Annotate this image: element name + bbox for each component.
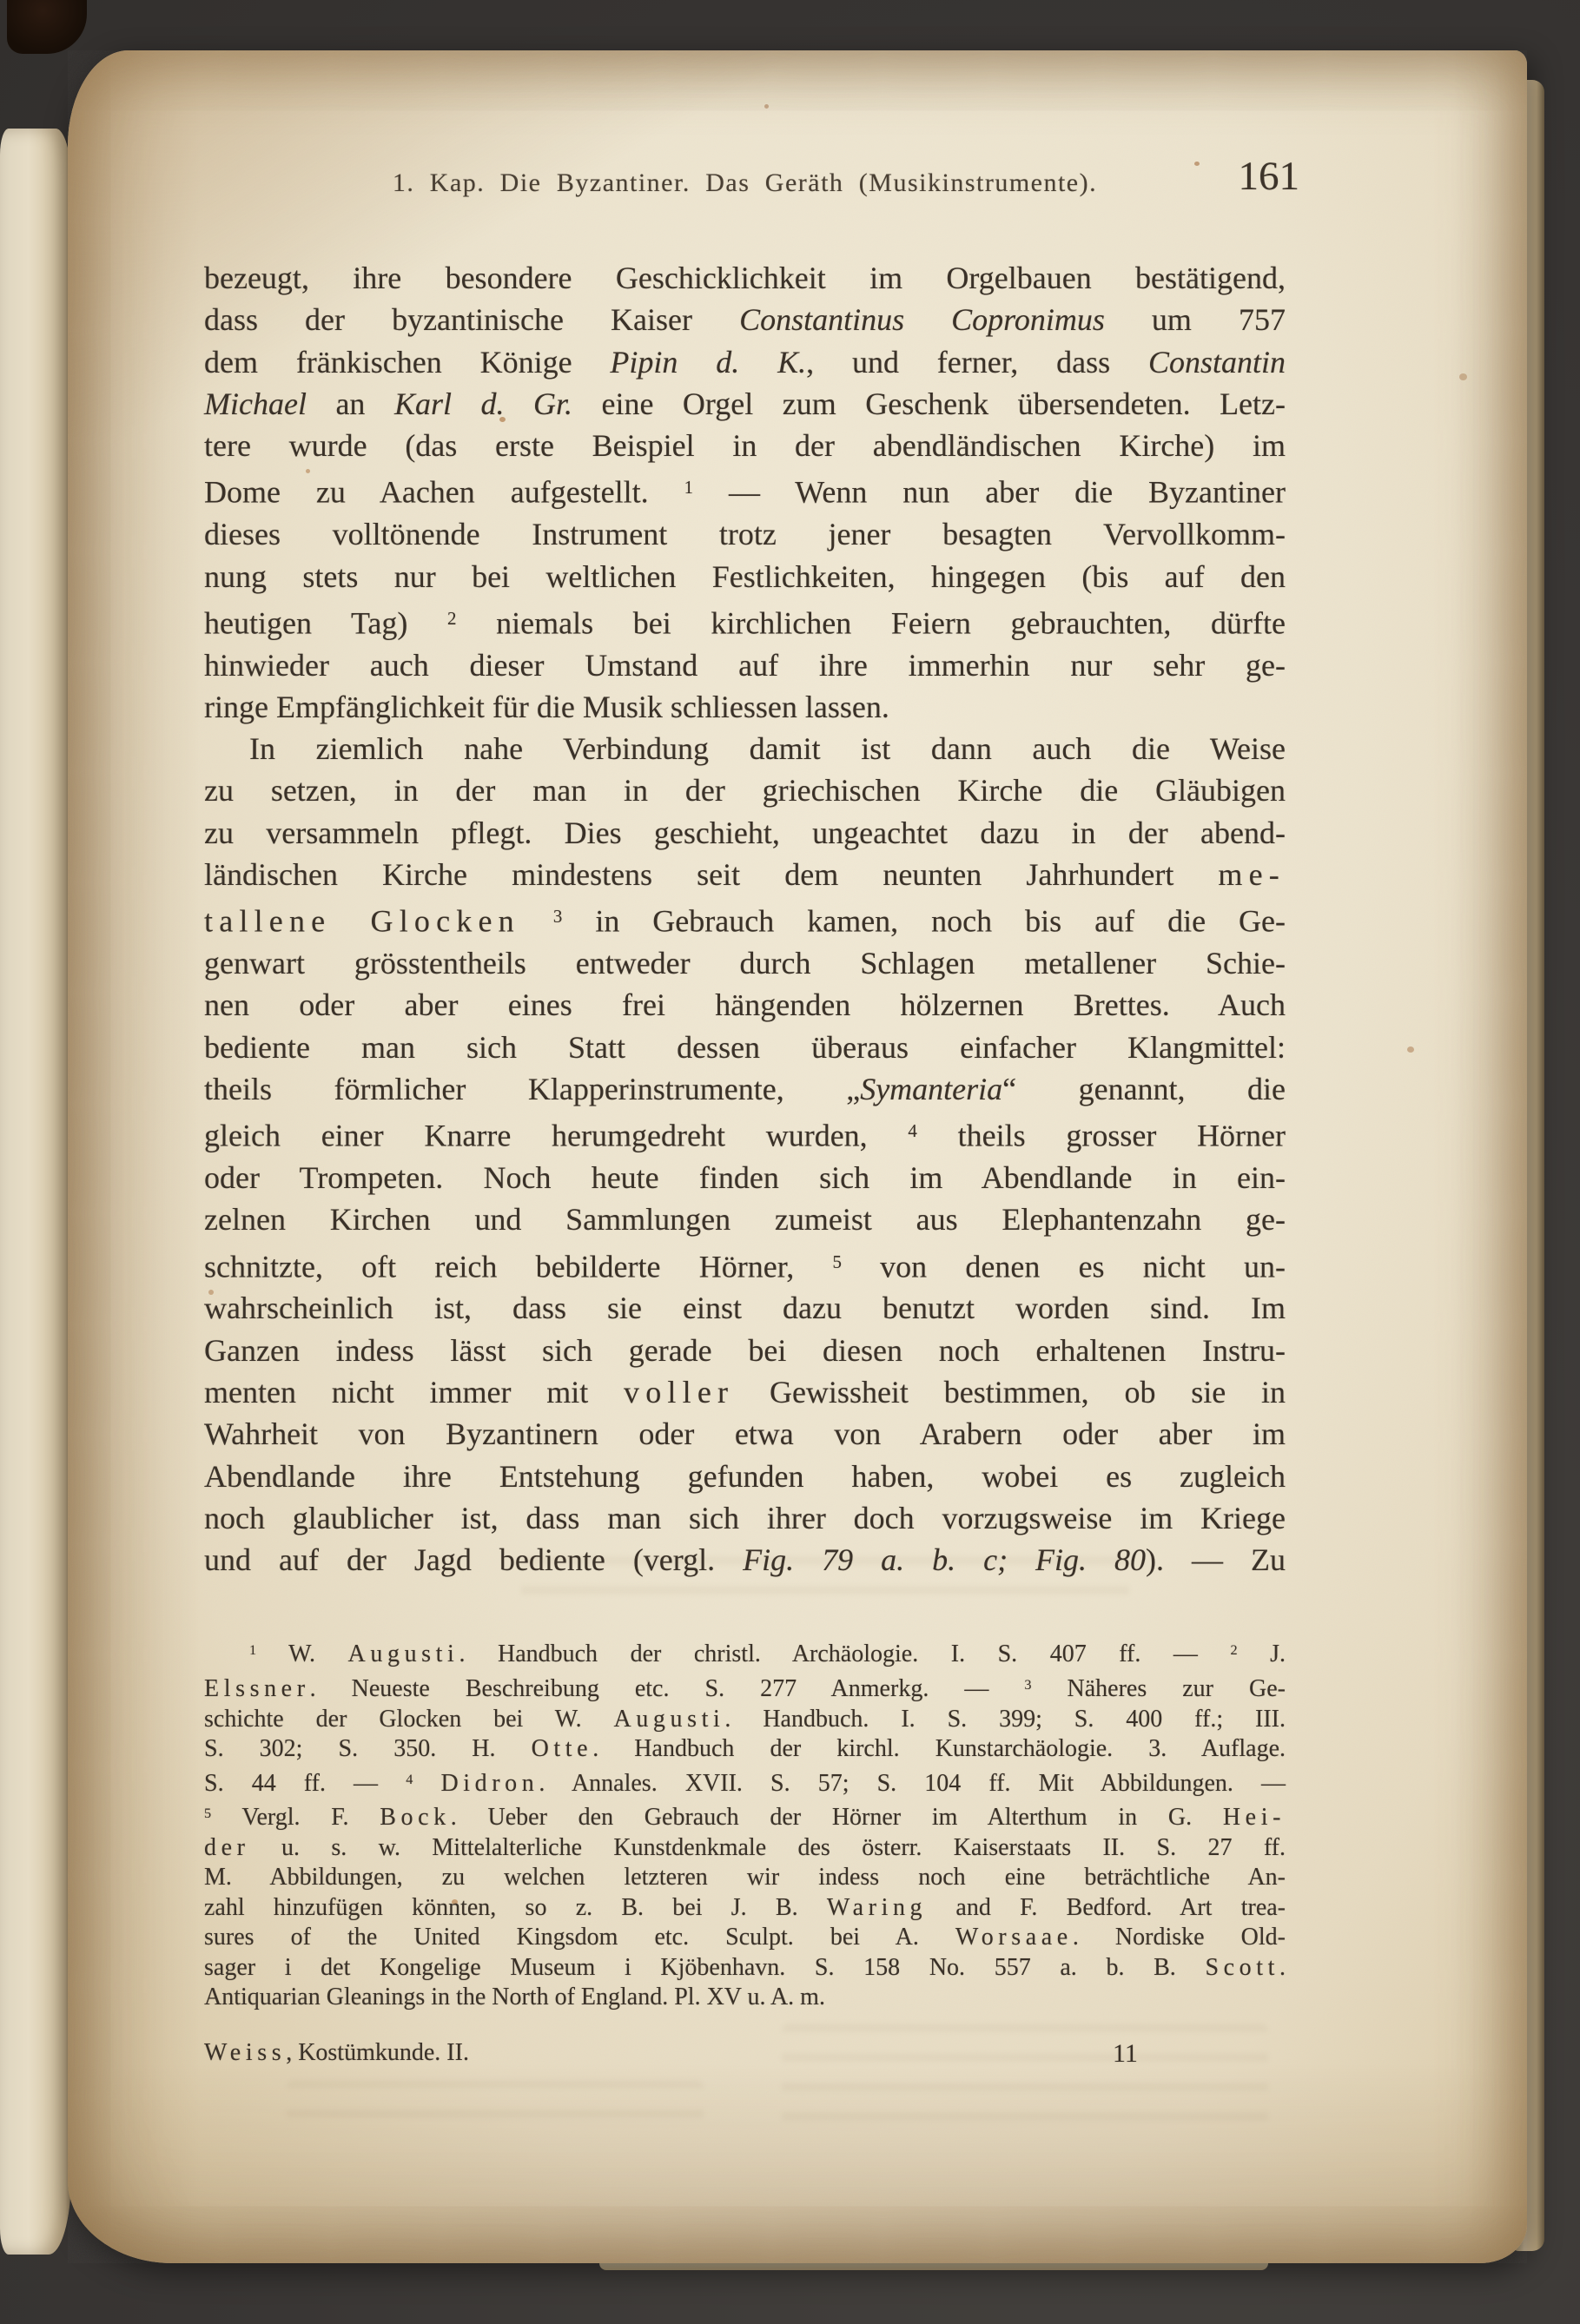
body-line: wahrscheinlich ist, dass sie einst dazu … — [204, 1287, 1286, 1329]
footnote-line: zahl hinzufügen könnten, so z. B. bei J.… — [204, 1893, 1286, 1924]
footnote-line: S. 44 ff. — 4 Didron. Annales. XVII. S. … — [204, 1765, 1286, 1799]
body-line: Wahrheit von Byzantinern oder etwa von A… — [204, 1413, 1286, 1455]
footnote-line: S. 302; S. 350. H. Otte. Handbuch der ki… — [204, 1734, 1286, 1765]
body-line: zu versammeln pflegt. Dies geschieht, un… — [204, 812, 1286, 854]
footnote-line: sures of the United Kingsdom etc. Sculpt… — [204, 1923, 1286, 1953]
footnote-line: M. Abbildungen, zu welchen letzteren wir… — [204, 1863, 1286, 1893]
footnote-line: Antiquarian Gleanings in the North of En… — [204, 1983, 1286, 2013]
body-line: hinwieder auch dieser Umstand auf ihre i… — [204, 644, 1286, 686]
body-line: noch glaublicher ist, dass man sich ihre… — [204, 1497, 1286, 1539]
body-line: nen oder aber eines frei hängenden hölze… — [204, 984, 1286, 1026]
footnote-line: Elssner. Neueste Beschreibung etc. S. 27… — [204, 1670, 1286, 1705]
footnote-line: 5 Vergl. F. Bock. Ueber den Gebrauch der… — [204, 1799, 1286, 1833]
body-line: Michael an Karl d. Gr. eine Orgel zum Ge… — [204, 383, 1286, 425]
body-line: dem fränkischen Könige Pipin d. K., und … — [204, 341, 1286, 383]
footnote-line: 1 W. Augusti. Handbuch der christl. Arch… — [204, 1635, 1286, 1670]
body-line: Dome zu Aachen aufgestellt. 1 — Wenn nun… — [204, 466, 1286, 513]
running-title: 1. Kap. Die Byzantiner. Das Geräth (Musi… — [204, 163, 1286, 203]
body-line: bediente man sich Statt dessen überaus e… — [204, 1027, 1286, 1068]
body-text: bezeugt, ihre besondere Geschicklichkeit… — [204, 257, 1286, 1581]
body-line: oder Trompeten. Noch heute finden sich i… — [204, 1157, 1286, 1198]
footnote-line: der u. s. w. Mittelalterliche Kunstdenkm… — [204, 1833, 1286, 1864]
body-line: tallene Glocken 3 in Gebrauch kamen, noc… — [204, 895, 1286, 942]
book-spine-shadow — [7, 0, 87, 54]
body-line: dass der byzantinische Kaiser Constantin… — [204, 299, 1286, 340]
body-line: zelnen Kirchen und Sammlungen zumeist au… — [204, 1198, 1286, 1240]
footnote-line: schichte der Glocken bei W. Augusti. Han… — [204, 1705, 1286, 1735]
body-line: nung stets nur bei weltlichen Festlichke… — [204, 556, 1286, 598]
page-footer: Weiss, Kostümkunde. II. 11 — [204, 2039, 1286, 2070]
footnotes: 1 W. Augusti. Handbuch der christl. Arch… — [204, 1635, 1286, 2012]
body-line: theils förmlicher Klapperinstrumente, „S… — [204, 1068, 1286, 1110]
body-line: ländischen Kirche mindestens seit dem ne… — [204, 854, 1286, 895]
adjacent-page-edge — [0, 129, 71, 2255]
footnote-line: sager i det Kongelige Museum i Kjöbenhav… — [204, 1953, 1286, 1984]
body-line: Abendlande ihre Entstehung gefunden habe… — [204, 1456, 1286, 1497]
body-line: Ganzen indess lässt sich gerade bei dies… — [204, 1330, 1286, 1371]
body-line: tere wurde (das erste Beispiel in der ab… — [204, 425, 1286, 466]
body-line: dieses volltönende Instrument trotz jene… — [204, 513, 1286, 555]
body-line: In ziemlich nahe Verbindung damit ist da… — [204, 728, 1286, 769]
body-line: menten nicht immer mit voller Gewissheit… — [204, 1371, 1286, 1413]
page-content: 1. Kap. Die Byzantiner. Das Geräth (Musi… — [68, 50, 1527, 2263]
body-line: zu setzen, in der man in der griechische… — [204, 769, 1286, 811]
scan-background: { "palette":{"paper":"#ece3cd","ink":"#3… — [0, 0, 1580, 2324]
sheet-number: 11 — [1113, 2039, 1138, 2069]
page-header: 1. Kap. Die Byzantiner. Das Geräth (Musi… — [204, 163, 1286, 207]
body-line: genwart grösstentheils entweder durch Sc… — [204, 942, 1286, 984]
body-line: gleich einer Knarre herumgedreht wurden,… — [204, 1110, 1286, 1157]
body-line: schnitzte, oft reich bebilderte Hörner, … — [204, 1241, 1286, 1288]
body-line: und auf der Jagd bediente (vergl. Fig. 7… — [204, 1539, 1286, 1581]
body-line: heutigen Tag) 2 niemals bei kirchlichen … — [204, 598, 1286, 644]
body-line: ringe Empfänglichkeit für die Musik schl… — [204, 686, 1286, 728]
page-number: 161 — [1239, 153, 1300, 200]
body-line: bezeugt, ihre besondere Geschicklichkeit… — [204, 257, 1286, 299]
